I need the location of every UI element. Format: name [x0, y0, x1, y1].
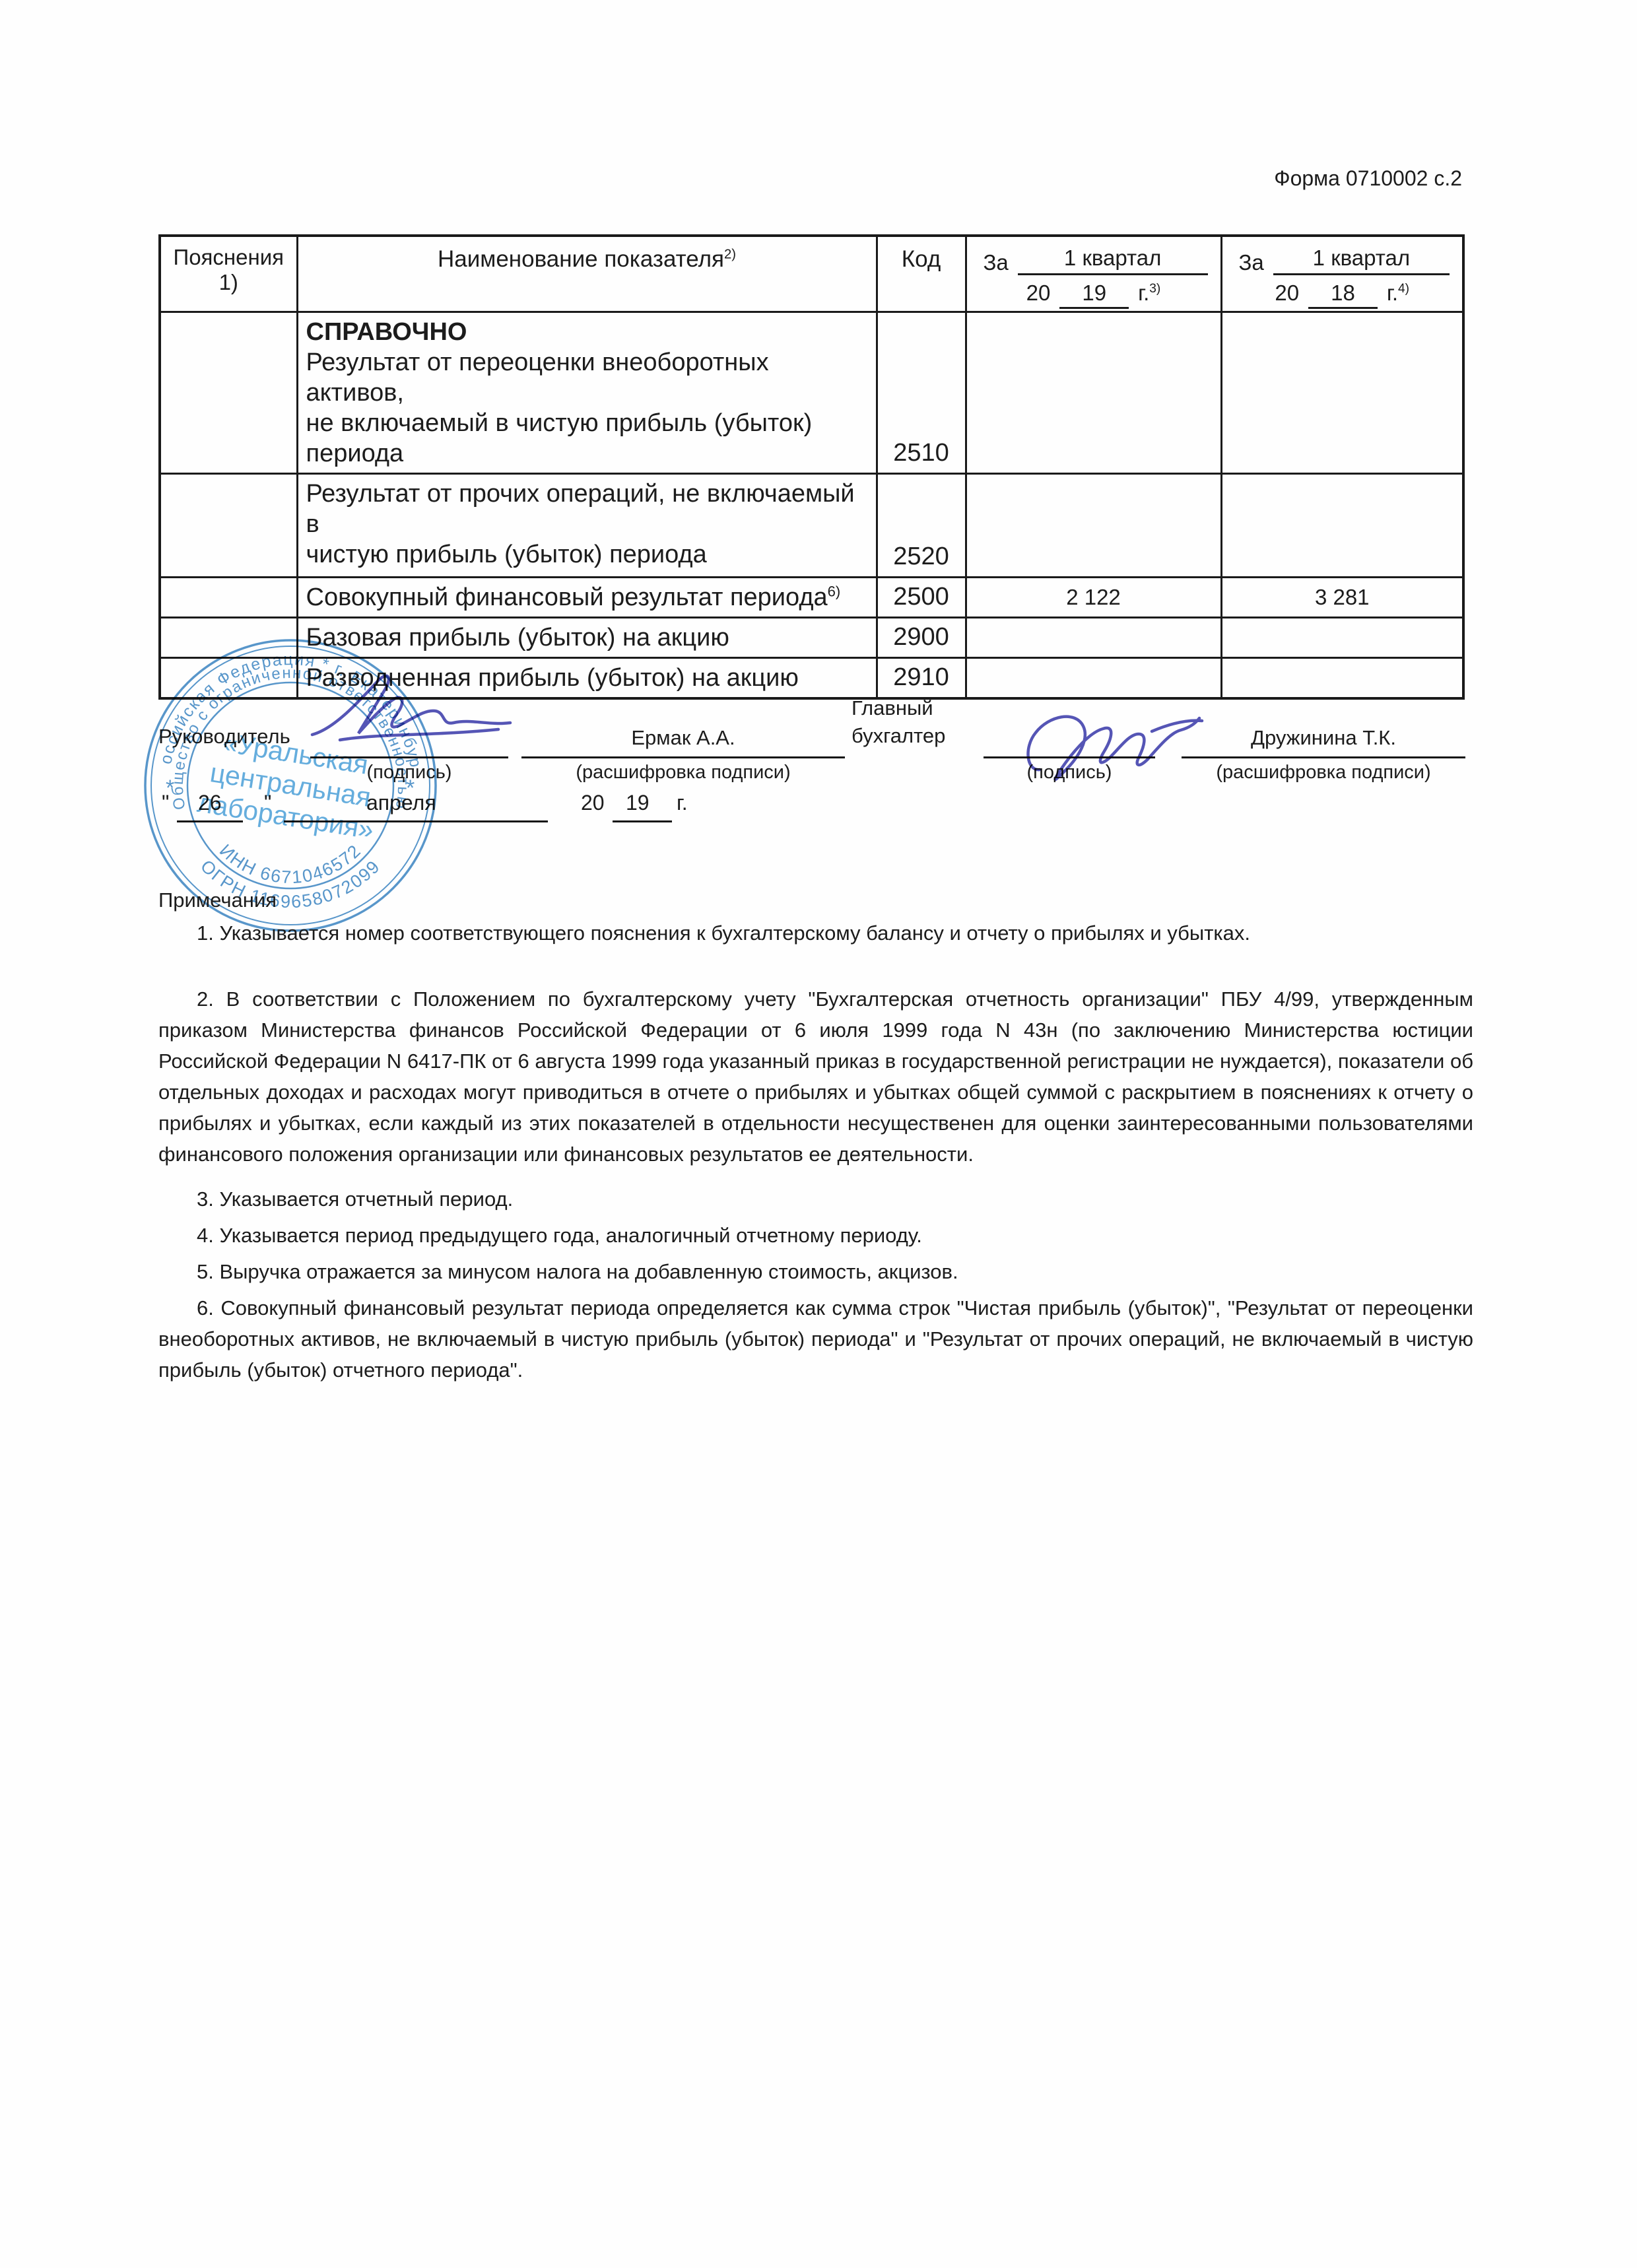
role-chief-accountant-label: Главный бухгалтер [852, 694, 945, 750]
scanned-form-page: Форма 0710002 с.2 Пояснения 1) Наименова… [0, 0, 1637, 2268]
cell-explanations [160, 577, 297, 617]
cell-value-previous [1221, 617, 1463, 657]
note-item-2: 2. В соответствии с Положением по бухгал… [158, 984, 1473, 1170]
report-table: Пояснения 1) Наименование показателя2) К… [158, 234, 1465, 700]
stamp-asterisk-right: * [406, 776, 415, 801]
cell-value-previous [1221, 473, 1463, 577]
cell-indicator-name: СПРАВОЧНОРезультат от переоценки внеобор… [297, 312, 877, 473]
cell-value-current [966, 473, 1221, 577]
director-name: Ермак А.А. [521, 726, 845, 750]
cell-explanations [160, 473, 297, 577]
cell-value-previous: 3 281 [1221, 577, 1463, 617]
note-item-1: 1. Указывается номер соответствующего по… [158, 917, 1473, 949]
cell-code: 2510 [877, 312, 966, 473]
cell-value-current [966, 617, 1221, 657]
note-item-3: 3. Указывается отчетный период. [158, 1184, 1473, 1215]
header-period-previous: За1 квартал 2018г.4) [1221, 236, 1463, 312]
table-header-row: Пояснения 1) Наименование показателя2) К… [160, 236, 1463, 312]
date-year-suffix: г. [677, 791, 688, 815]
chief-accountant-signature-ink [1020, 692, 1211, 791]
note-item-6: 6. Совокупный финансовый результат перио… [158, 1292, 1473, 1385]
note-item-5: 5. Выручка отражается за минусом налога … [158, 1256, 1473, 1287]
signature-line [1182, 756, 1465, 758]
signature-line [521, 756, 845, 758]
cell-value-current [966, 312, 1221, 473]
cell-indicator-name: Совокупный финансовый результат периода6… [297, 577, 877, 617]
cell-indicator-name: Результат от прочих операций, не включае… [297, 473, 877, 577]
notes-section: Примечания 1. Указывается номер соответс… [158, 884, 1473, 1385]
cell-value-previous [1221, 312, 1463, 473]
date-century: 20 [581, 791, 605, 815]
cell-explanations [160, 312, 297, 473]
table-row: Совокупный финансовый результат периода6… [160, 577, 1463, 617]
header-explanations: Пояснения 1) [160, 236, 297, 312]
header-period-current: За1 квартал 2019г.3) [966, 236, 1221, 312]
cell-code: 2910 [877, 657, 966, 698]
date-year-underline [613, 820, 672, 822]
cell-value-current: 2 122 [966, 577, 1221, 617]
signature-decode-caption: (расшифровка подписи) [1182, 762, 1465, 784]
financial-results-table: Пояснения 1) Наименование показателя2) К… [158, 234, 1465, 700]
cell-value-previous [1221, 657, 1463, 698]
header-code: Код [877, 236, 966, 312]
form-number-label: Форма 0710002 с.2 [1251, 166, 1462, 191]
cell-code: 2500 [877, 577, 966, 617]
chief-accountant-name: Дружинина Т.К. [1182, 726, 1465, 750]
note-item-4: 4. Указывается период предыдущего года, … [158, 1220, 1473, 1251]
date-year: 19 [626, 791, 650, 815]
notes-title: Примечания [158, 884, 1473, 916]
table-row: СПРАВОЧНОРезультат от переоценки внеобор… [160, 312, 1463, 473]
stamp-asterisk-left: * [166, 776, 174, 801]
cell-code: 2900 [877, 617, 966, 657]
table-row: Результат от прочих операций, не включае… [160, 473, 1463, 577]
header-indicator-name: Наименование показателя2) [297, 236, 877, 312]
signature-decode-caption: (расшифровка подписи) [521, 762, 845, 784]
cell-code: 2520 [877, 473, 966, 577]
